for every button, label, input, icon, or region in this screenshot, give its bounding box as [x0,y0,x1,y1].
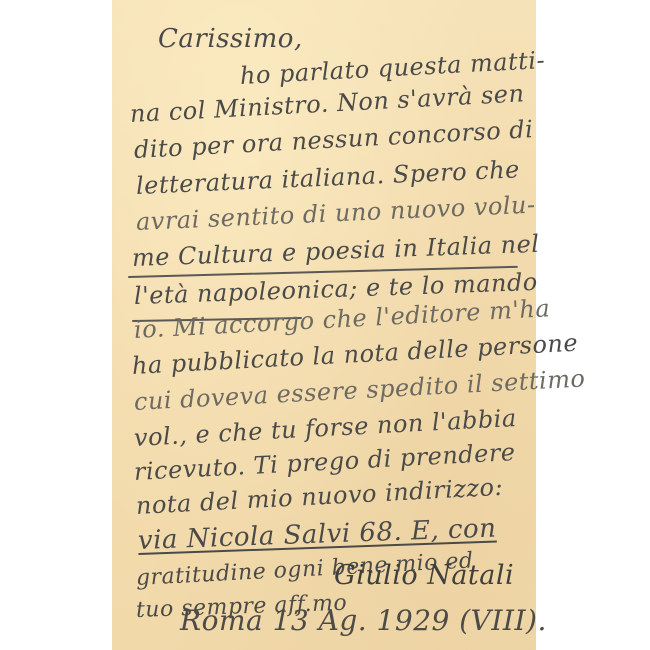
salutation: Carissimo, [158,24,303,54]
letter-paper: Carissimo, ho parlato questa matti- na c… [112,0,536,650]
signature: Giulio Natali [334,560,514,591]
dateline: Roma 13 Ag. 1929 (VIII). [180,604,547,637]
body-line-6: me Cultura e poesia in Italia nel [132,230,540,272]
